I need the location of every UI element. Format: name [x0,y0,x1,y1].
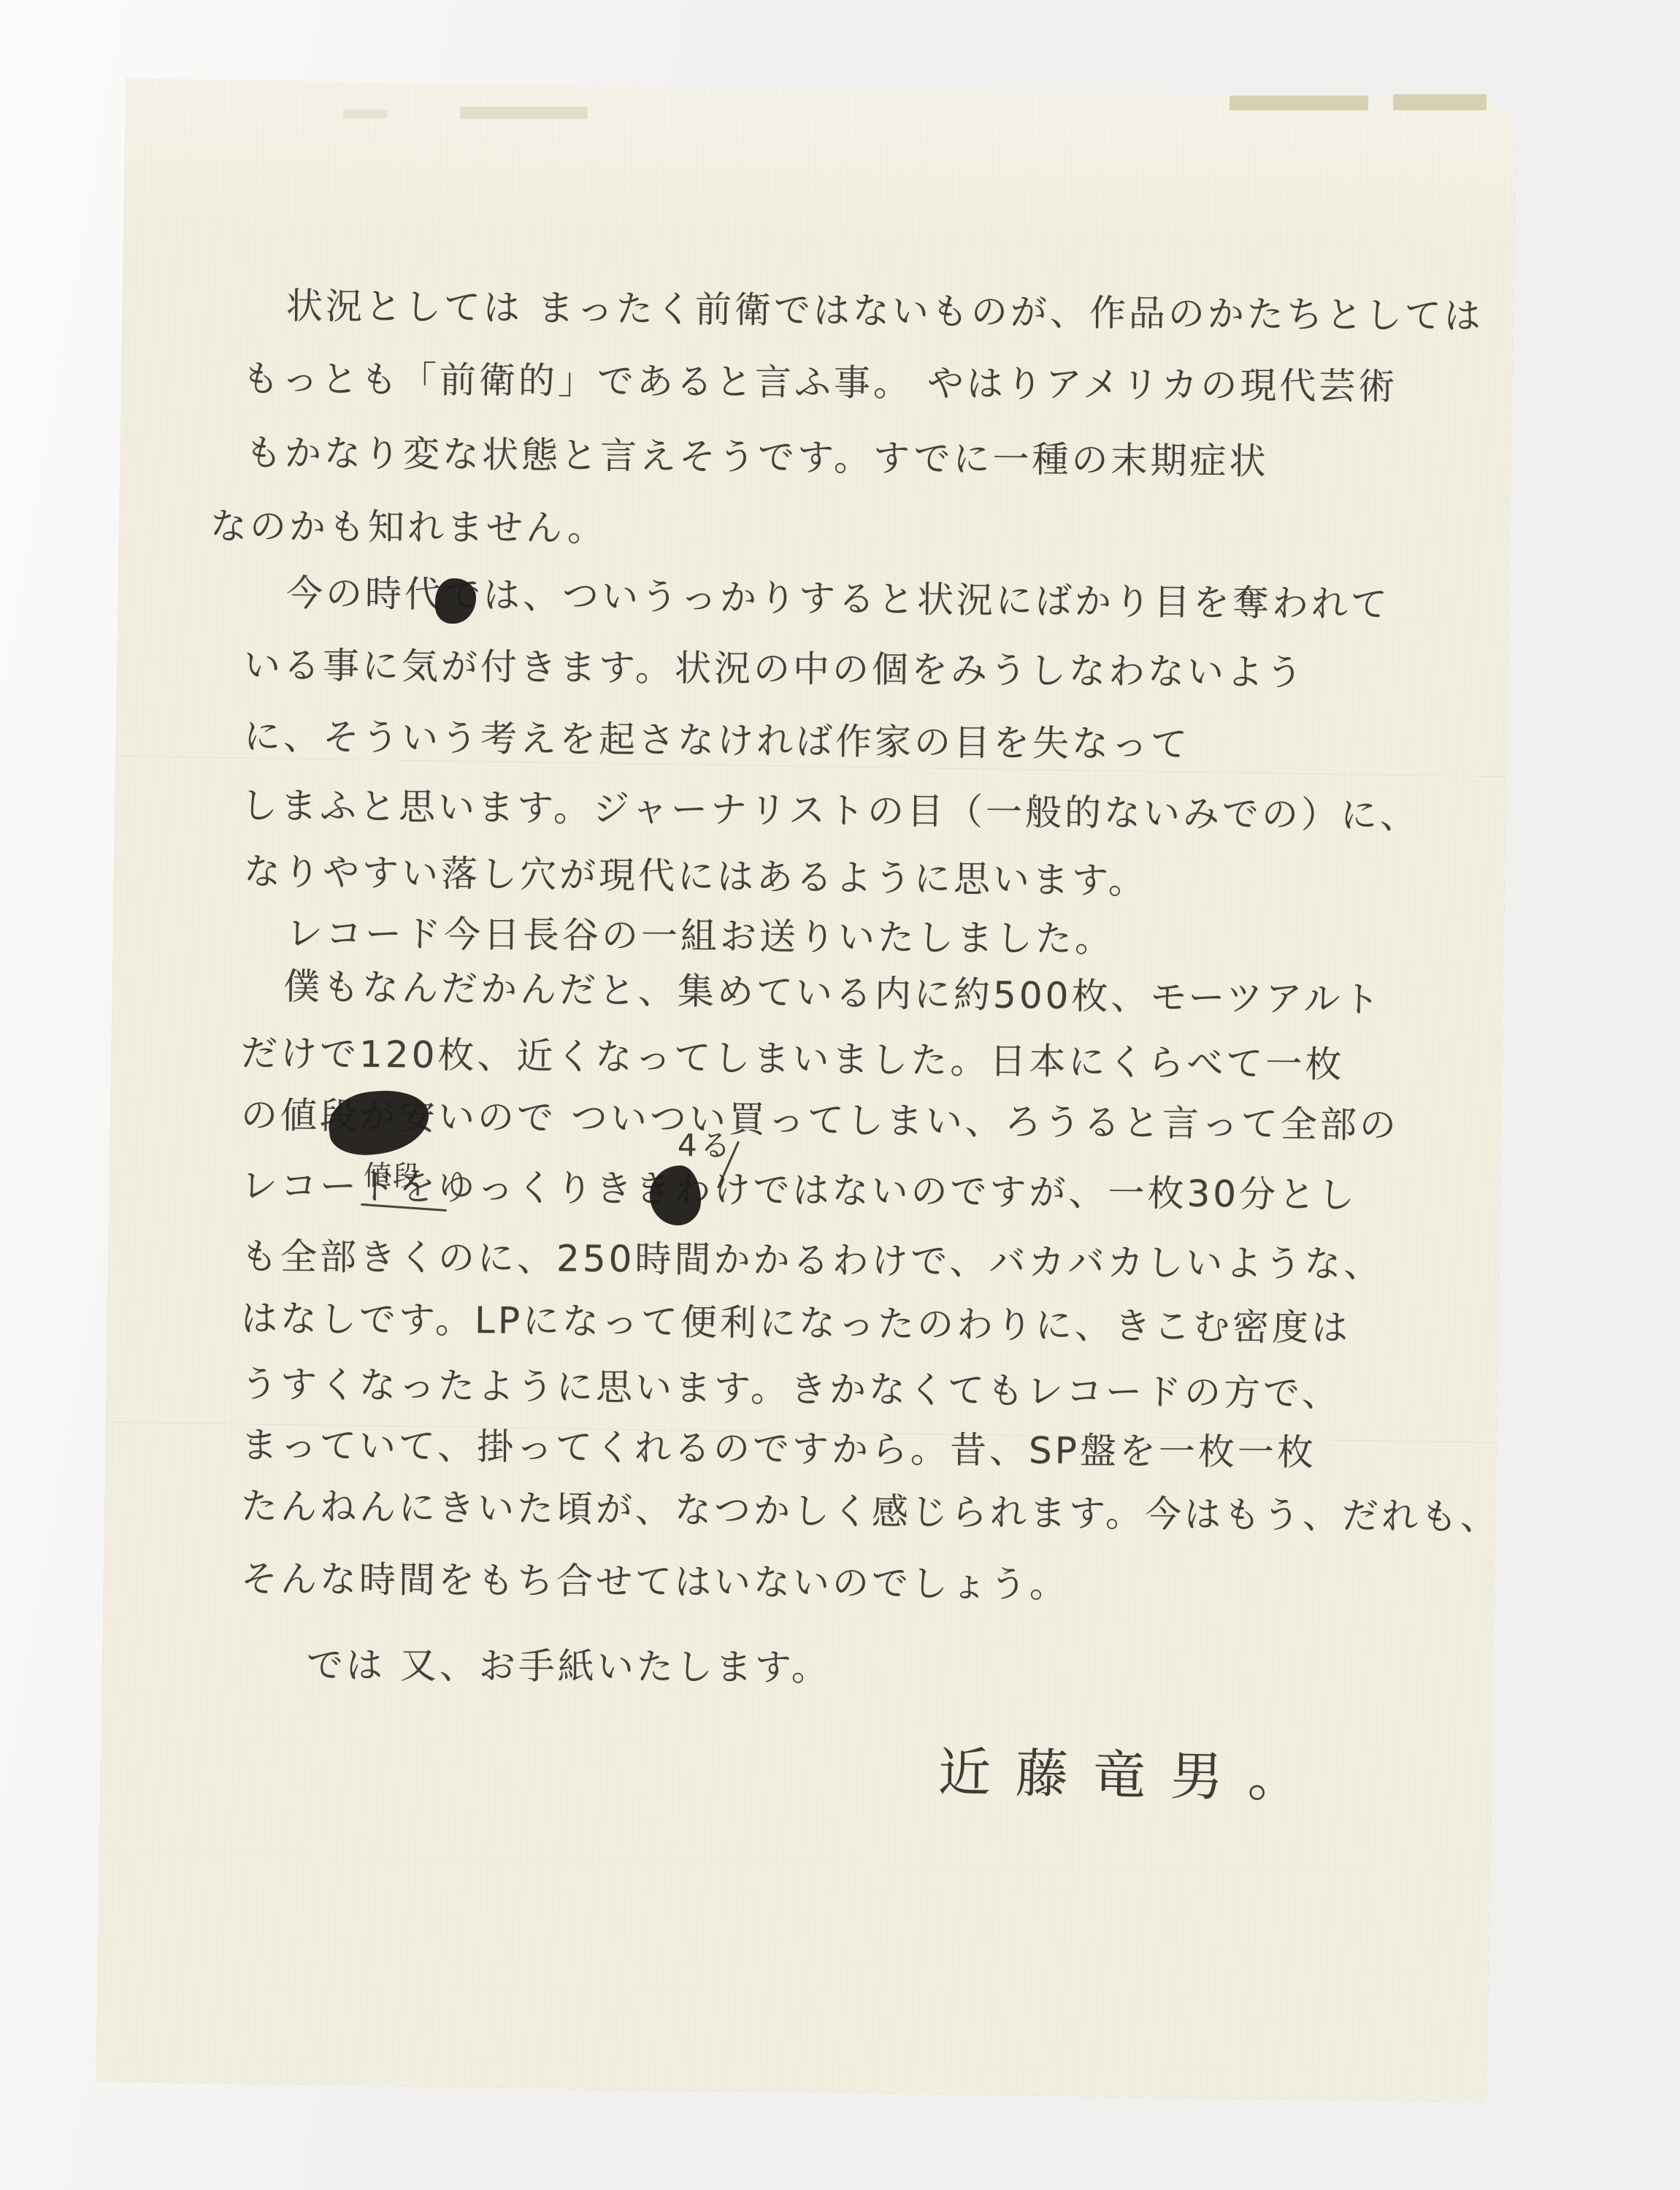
letter-line: そんな時間をもち合せてはいないのでしょう。 [241,1557,1069,1607]
tape-remnant [1393,94,1487,110]
scanned-letter-scene: 状況としては まったく前衛ではないものが、作品のかたちとしては もっとも「前衛的… [0,0,1680,2190]
letter-line: まっていて、掛ってくれるのですから。昔、SP盤を一枚一枚 [241,1423,1316,1474]
fold-crease [99,1853,1490,1875]
tape-remnant [460,107,588,119]
closing-line: では 又、お手紙いたします。 [307,1643,831,1690]
insertion-text: 4る [678,1127,734,1165]
tape-remnant [1230,96,1368,110]
letter-line: に、そういう考えを起さなければ作家の目を失なって [244,714,1190,766]
tape-remnant [343,110,387,118]
letter-line: レコード今日長谷の一組お送りいたしました。 [286,911,1114,961]
ink-blot [650,1165,701,1225]
correction-text: 値段 [364,1160,422,1193]
letter-line: もっとも「前衛的」であると言ふ事。 やはりアメリカの現代芸術 [242,356,1398,408]
letter-line: いる事に気が付きます。状況の中の個をみうしなわないよう [244,643,1305,694]
signature: 近藤竜男。 [937,1740,1325,1810]
letter-line: もかなり変な状態と言えそうです。すでに一種の末期症状 [245,431,1269,483]
letter-line: なのかも知れません。 [210,505,607,551]
letter-line: も全部きくのに、250時間かかるわけで、バカバカしいような、 [241,1235,1384,1287]
